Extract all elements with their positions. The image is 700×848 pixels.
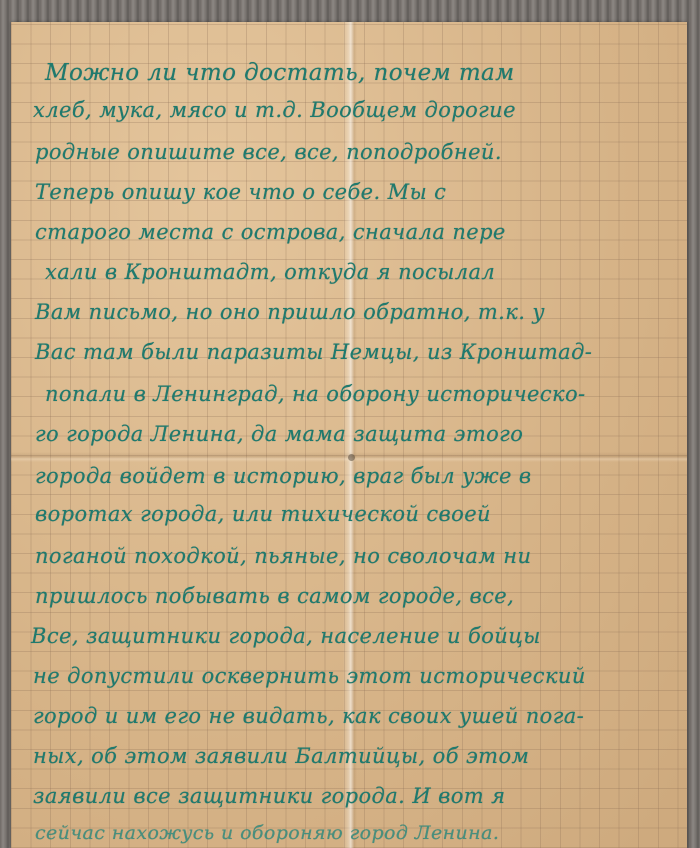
text-line-10: го города Ленина, да мама защита этого: [35, 422, 523, 446]
text-line-1: Можно ли что достать, почем там: [45, 60, 515, 86]
text-line-11: города войдет в историю, враг был уже в: [35, 464, 532, 488]
text-line-19: заявили все защитники города. И вот я: [33, 784, 505, 808]
text-line-14: пришлось побывать в самом городе, все,: [35, 584, 514, 608]
letter-page: Можно ли что достать, почем там хлеб, му…: [11, 22, 687, 848]
text-line-13: поганой походкой, пьяные, но сволочам ни: [35, 544, 531, 568]
text-line-17: город и им его не видать, как своих ушей…: [33, 704, 584, 728]
text-line-18: ных, об этом заявили Балтийцы, об этом: [33, 744, 529, 768]
text-line-2: хлеб, мука, мясо и т.д. Вообщем дорогие: [33, 98, 516, 122]
text-line-9: попали в Ленинград, на оборону историчес…: [45, 382, 586, 406]
text-line-20: сейчас нахожусь и обороняю город Ленина.: [35, 822, 499, 844]
text-line-12: воротах города, или тихической своей: [35, 502, 491, 526]
text-line-6: хали в Кронштадт, откуда я посылал: [45, 260, 495, 284]
text-line-3: родные опишите все, все, поподробней.: [35, 140, 502, 164]
text-line-16: не допустили осквернить этот исторически…: [33, 664, 586, 688]
text-line-7: Вам письмо, но оно пришло обратно, т.к. …: [35, 300, 545, 324]
handwritten-text: Можно ли что достать, почем там хлеб, му…: [11, 22, 687, 848]
text-line-5: старого места с острова, сначала пере: [35, 220, 506, 244]
text-line-15: Все, защитники города, население и бойцы: [31, 624, 541, 648]
text-line-8: Вас там были паразиты Немцы, из Кронштад…: [35, 340, 592, 364]
text-line-4: Теперь опишу кое что о себе. Мы с: [35, 180, 446, 204]
